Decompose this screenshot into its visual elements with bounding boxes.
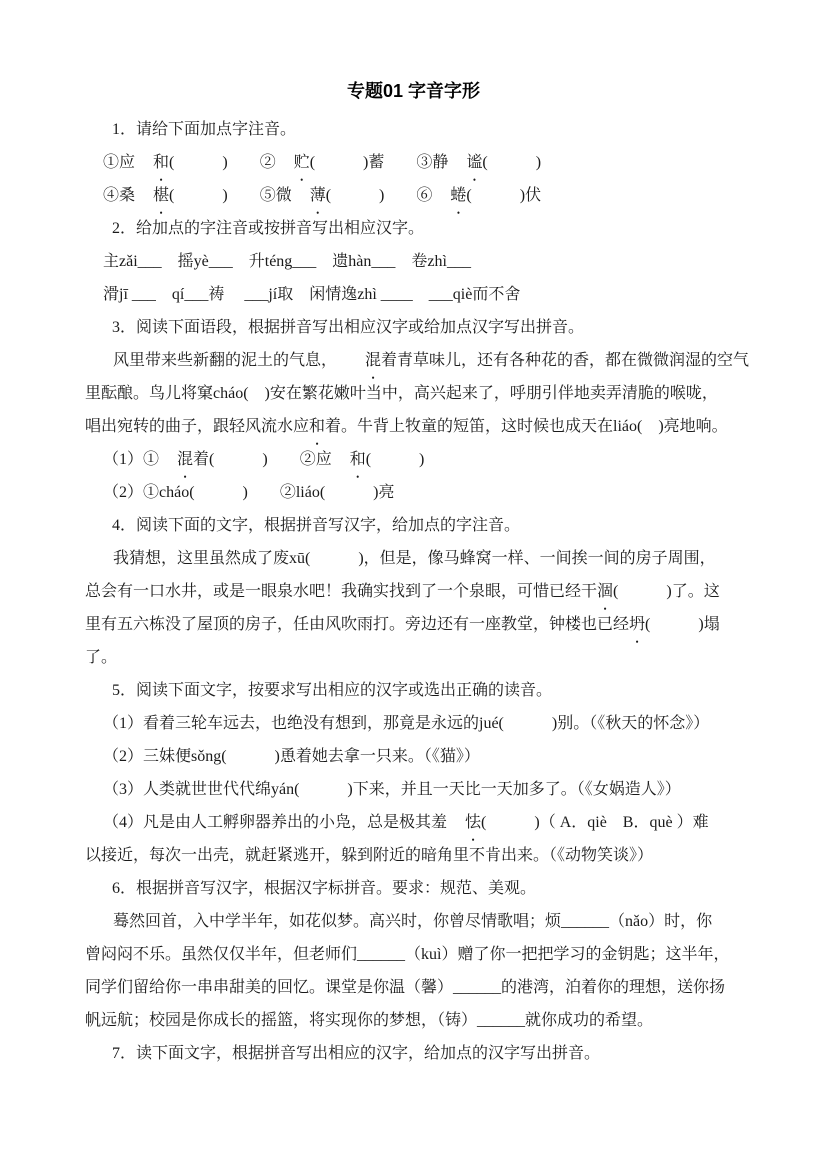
q5-item-3: （3）人类就世世代代绵yán( )下来，并且一天比一天加多了。（《女娲造人》） bbox=[85, 773, 787, 806]
text-segment: 2．给加点的字注音或按拼音写出相应汉字。 bbox=[112, 220, 424, 237]
text-segment: ( ) bbox=[482, 154, 541, 171]
q3-item-2: （2）①cháo( ) ②liáo( )亮 bbox=[85, 476, 787, 509]
dotted-char: 贮 bbox=[276, 146, 310, 179]
text-segment: 以接近，每次一出壳，就赶紧逃开，躲到附近的暗角里不肯出来。（《动物笑谈》） bbox=[85, 847, 653, 864]
text-segment: ①应 bbox=[103, 154, 135, 171]
q6-para-3: 同学们留给你一串串甜美的回忆。课堂是你温（馨）______的港湾，泊着你的理想，… bbox=[85, 971, 787, 1004]
text-segment: 7．读下面文字，根据拼音写出相应的汉字，给加点的汉字写出拼音。 bbox=[112, 1045, 600, 1062]
q3-para-3: 唱出宛转的曲子，跟轻风流水应和着。牛背上牧童的短笛，这时候也成天在liáo( )… bbox=[85, 410, 787, 443]
text-segment: 1．请给下面加点字注音。 bbox=[112, 121, 296, 138]
text-segment: 了。 bbox=[85, 649, 117, 666]
q3-heading: 3．阅读下面语段，根据拼音写出相应汉字或给加点汉字写出拼音。 bbox=[85, 311, 787, 344]
text-segment: 5．阅读下面文字，按要求写出相应的汉字或选出正确的读音。 bbox=[112, 682, 552, 699]
q3-para-1: 风里带来些新翻的泥土的气息，混着青草味儿，还有各种花的香，都在微微润湿的空气 bbox=[85, 344, 787, 377]
page-title: 专题01 字音字形 bbox=[85, 78, 787, 104]
q5-heading: 5．阅读下面文字，按要求写出相应的汉字或选出正确的读音。 bbox=[85, 674, 787, 707]
text-segment: ( ) ⑤微 bbox=[169, 187, 292, 204]
q2-heading: 2．给加点的字注音或按拼音写出相应汉字。 bbox=[85, 212, 787, 245]
text-segment: 曾闷闷不乐。虽然仅仅半年，但老师们______（kuì）赠了你一把把学习的金钥匙… bbox=[85, 946, 729, 963]
dotted-char: 蜷 bbox=[432, 179, 466, 212]
q1-row-1: ①应和( ) ②贮( )蓄 ③静谧( ) bbox=[85, 146, 787, 179]
text-segment: （2）三妹便sǒng( )恿着她去拿一只来。（《猫》） bbox=[103, 748, 480, 765]
text-segment: 着( ) ②应 bbox=[193, 451, 332, 468]
q3-item-1: （1）①混着( ) ②应和( ) bbox=[85, 443, 787, 476]
dotted-char: 混 bbox=[337, 344, 381, 377]
text-segment: ④桑 bbox=[103, 187, 135, 204]
text-segment: ( )（ A．qiè B．què ）难 bbox=[481, 814, 709, 831]
text-segment: （1）① bbox=[103, 451, 159, 468]
dotted-char: 混 bbox=[159, 443, 193, 476]
text-segment: 里酝酿。鸟儿将窠cháo( )安在繁花嫩叶当中，高兴起来了，呼朋引伴地卖弄清脆的… bbox=[85, 385, 718, 402]
text-segment: 6．根据拼音写汉字，根据汉字标拼音。要求：规范、美观。 bbox=[112, 880, 536, 897]
text-segment: ( )伏 bbox=[466, 187, 541, 204]
q4-para-1: 我猜想，这里虽然成了废xū( )，但是，像马蜂窝一样、一间挨一间的房子周围， bbox=[85, 542, 787, 575]
dotted-char: 和 bbox=[332, 443, 366, 476]
text-segment: 蓦然回首，入中学半年，如花似梦。高兴时，你曾尽情歌唱；烦______（nǎo）时… bbox=[113, 913, 712, 930]
text-segment: 帆远航；校园是你成长的摇篮，将实现你的梦想，（铸）______就你成功的希望。 bbox=[85, 1012, 653, 1029]
text-segment: （4）凡是由人工孵卵器养出的小凫，总是极其羞 bbox=[103, 814, 447, 831]
text-segment: ( )蓄 ③静 bbox=[310, 154, 449, 171]
text-segment: 4．阅读下面的文字，根据拼音写汉字，给加点的字注音。 bbox=[112, 517, 520, 534]
text-segment: ( )了。这 bbox=[613, 583, 720, 600]
worksheet-page: 专题01 字音字形 1．请给下面加点字注音。①应和( ) ②贮( )蓄 ③静谧(… bbox=[0, 0, 827, 1169]
text-segment: 3．阅读下面语段，根据拼音写出相应汉字或给加点汉字写出拼音。 bbox=[112, 319, 584, 336]
q6-para-4: 帆远航；校园是你成长的摇篮，将实现你的梦想，（铸）______就你成功的希望。 bbox=[85, 1004, 787, 1037]
text-segment: 着青草味儿，还有各种花的香，都在微微润湿的空气 bbox=[381, 352, 749, 369]
q5-item-2: （2）三妹便sǒng( )恿着她去拿一只来。（《猫》） bbox=[85, 740, 787, 773]
q4-para-4: 了。 bbox=[85, 641, 787, 674]
dotted-char: 坍 bbox=[629, 608, 645, 641]
text-segment: ( ) ⑥ bbox=[326, 187, 433, 204]
text-segment: （3）人类就世世代代绵yán( )下来，并且一天比一天加多了。（《女娲造人》） bbox=[103, 781, 681, 798]
dotted-char: 薄 bbox=[292, 179, 326, 212]
text-segment: ( ) ② bbox=[169, 154, 276, 171]
q3-para-2: 里酝酿。鸟儿将窠cháo( )安在繁花嫩叶当中，高兴起来了，呼朋引伴地卖弄清脆的… bbox=[85, 377, 787, 410]
text-segment: ( ) bbox=[366, 451, 425, 468]
text-segment: 里有五六栋没了屋顶的房子，任由风吹雨打。旁边还有一座教堂，钟楼也已经 bbox=[85, 616, 629, 633]
dotted-char: 怯 bbox=[447, 806, 481, 839]
text-segment: 着。牛背上牧童的短笛，这时候也成天在liáo( )亮地响。 bbox=[325, 418, 728, 435]
dotted-char: 谧 bbox=[448, 146, 482, 179]
text-segment: 滑jī ___ qí___祷 ___jí取 闲情逸zhì ____ ___qiè… bbox=[103, 286, 520, 303]
text-segment: ( )塌 bbox=[645, 616, 720, 633]
q4-heading: 4．阅读下面的文字，根据拼音写汉字，给加点的字注音。 bbox=[85, 509, 787, 542]
text-segment: 风里带来些新翻的泥土的气息， bbox=[113, 352, 337, 369]
q5-item-4: （4）凡是由人工孵卵器养出的小凫，总是极其羞怯( )（ A．qiè B．què … bbox=[85, 806, 787, 839]
q6-para-2: 曾闷闷不乐。虽然仅仅半年，但老师们______（kuì）赠了你一把把学习的金钥匙… bbox=[85, 938, 787, 971]
q4-para-2: 总会有一口水井，或是一眼泉水吧！我确实找到了一个泉眼，可惜已经干涸( )了。这 bbox=[85, 575, 787, 608]
text-segment: （2）①cháo( ) ②liáo( )亮 bbox=[103, 484, 395, 501]
text-segment: （1）看着三轮车远去，也绝没有想到，那竟是永远的jué( )别。（《秋天的怀念》… bbox=[103, 715, 709, 732]
q5-item-4-cont: 以接近，每次一出壳，就赶紧逃开，躲到附近的暗角里不肯出来。（《动物笑谈》） bbox=[85, 839, 787, 872]
text-segment: 主zǎi___ 摇yè___ 升téng___ 遗hàn___ 卷zhì___ bbox=[103, 253, 471, 270]
q2-line-2: 滑jī ___ qí___祷 ___jí取 闲情逸zhì ____ ___qiè… bbox=[85, 278, 787, 311]
q5-item-1: （1）看着三轮车远去，也绝没有想到，那竟是永远的jué( )别。（《秋天的怀念》… bbox=[85, 707, 787, 740]
q4-para-3: 里有五六栋没了屋顶的房子，任由风吹雨打。旁边还有一座教堂，钟楼也已经坍( )塌 bbox=[85, 608, 787, 641]
text-segment: 唱出宛转的曲子，跟轻风流水应 bbox=[85, 418, 309, 435]
q6-para-1: 蓦然回首，入中学半年，如花似梦。高兴时，你曾尽情歌唱；烦______（nǎo）时… bbox=[85, 905, 787, 938]
text-segment: 我猜想，这里虽然成了废xū( )，但是，像马蜂窝一样、一间挨一间的房子周围， bbox=[113, 550, 716, 567]
dotted-char: 和 bbox=[135, 146, 169, 179]
q6-heading: 6．根据拼音写汉字，根据汉字标拼音。要求：规范、美观。 bbox=[85, 872, 787, 905]
document-body: 1．请给下面加点字注音。①应和( ) ②贮( )蓄 ③静谧( )④桑椹( ) ⑤… bbox=[85, 113, 787, 1070]
dotted-char: 椹 bbox=[135, 179, 169, 212]
text-segment: 总会有一口水井，或是一眼泉水吧！我确实找到了一个泉眼，可惜已经干 bbox=[85, 583, 597, 600]
q2-line-1: 主zǎi___ 摇yè___ 升téng___ 遗hàn___ 卷zhì___ bbox=[85, 245, 787, 278]
dotted-char: 涸 bbox=[597, 575, 613, 608]
q7-heading: 7．读下面文字，根据拼音写出相应的汉字，给加点的汉字写出拼音。 bbox=[85, 1037, 787, 1070]
dotted-char: 和 bbox=[309, 410, 325, 443]
q1-row-2: ④桑椹( ) ⑤微薄( ) ⑥蜷( )伏 bbox=[85, 179, 787, 212]
q1-heading: 1．请给下面加点字注音。 bbox=[85, 113, 787, 146]
text-segment: 同学们留给你一串串甜美的回忆。课堂是你温（馨）______的港湾，泊着你的理想，… bbox=[85, 979, 725, 996]
